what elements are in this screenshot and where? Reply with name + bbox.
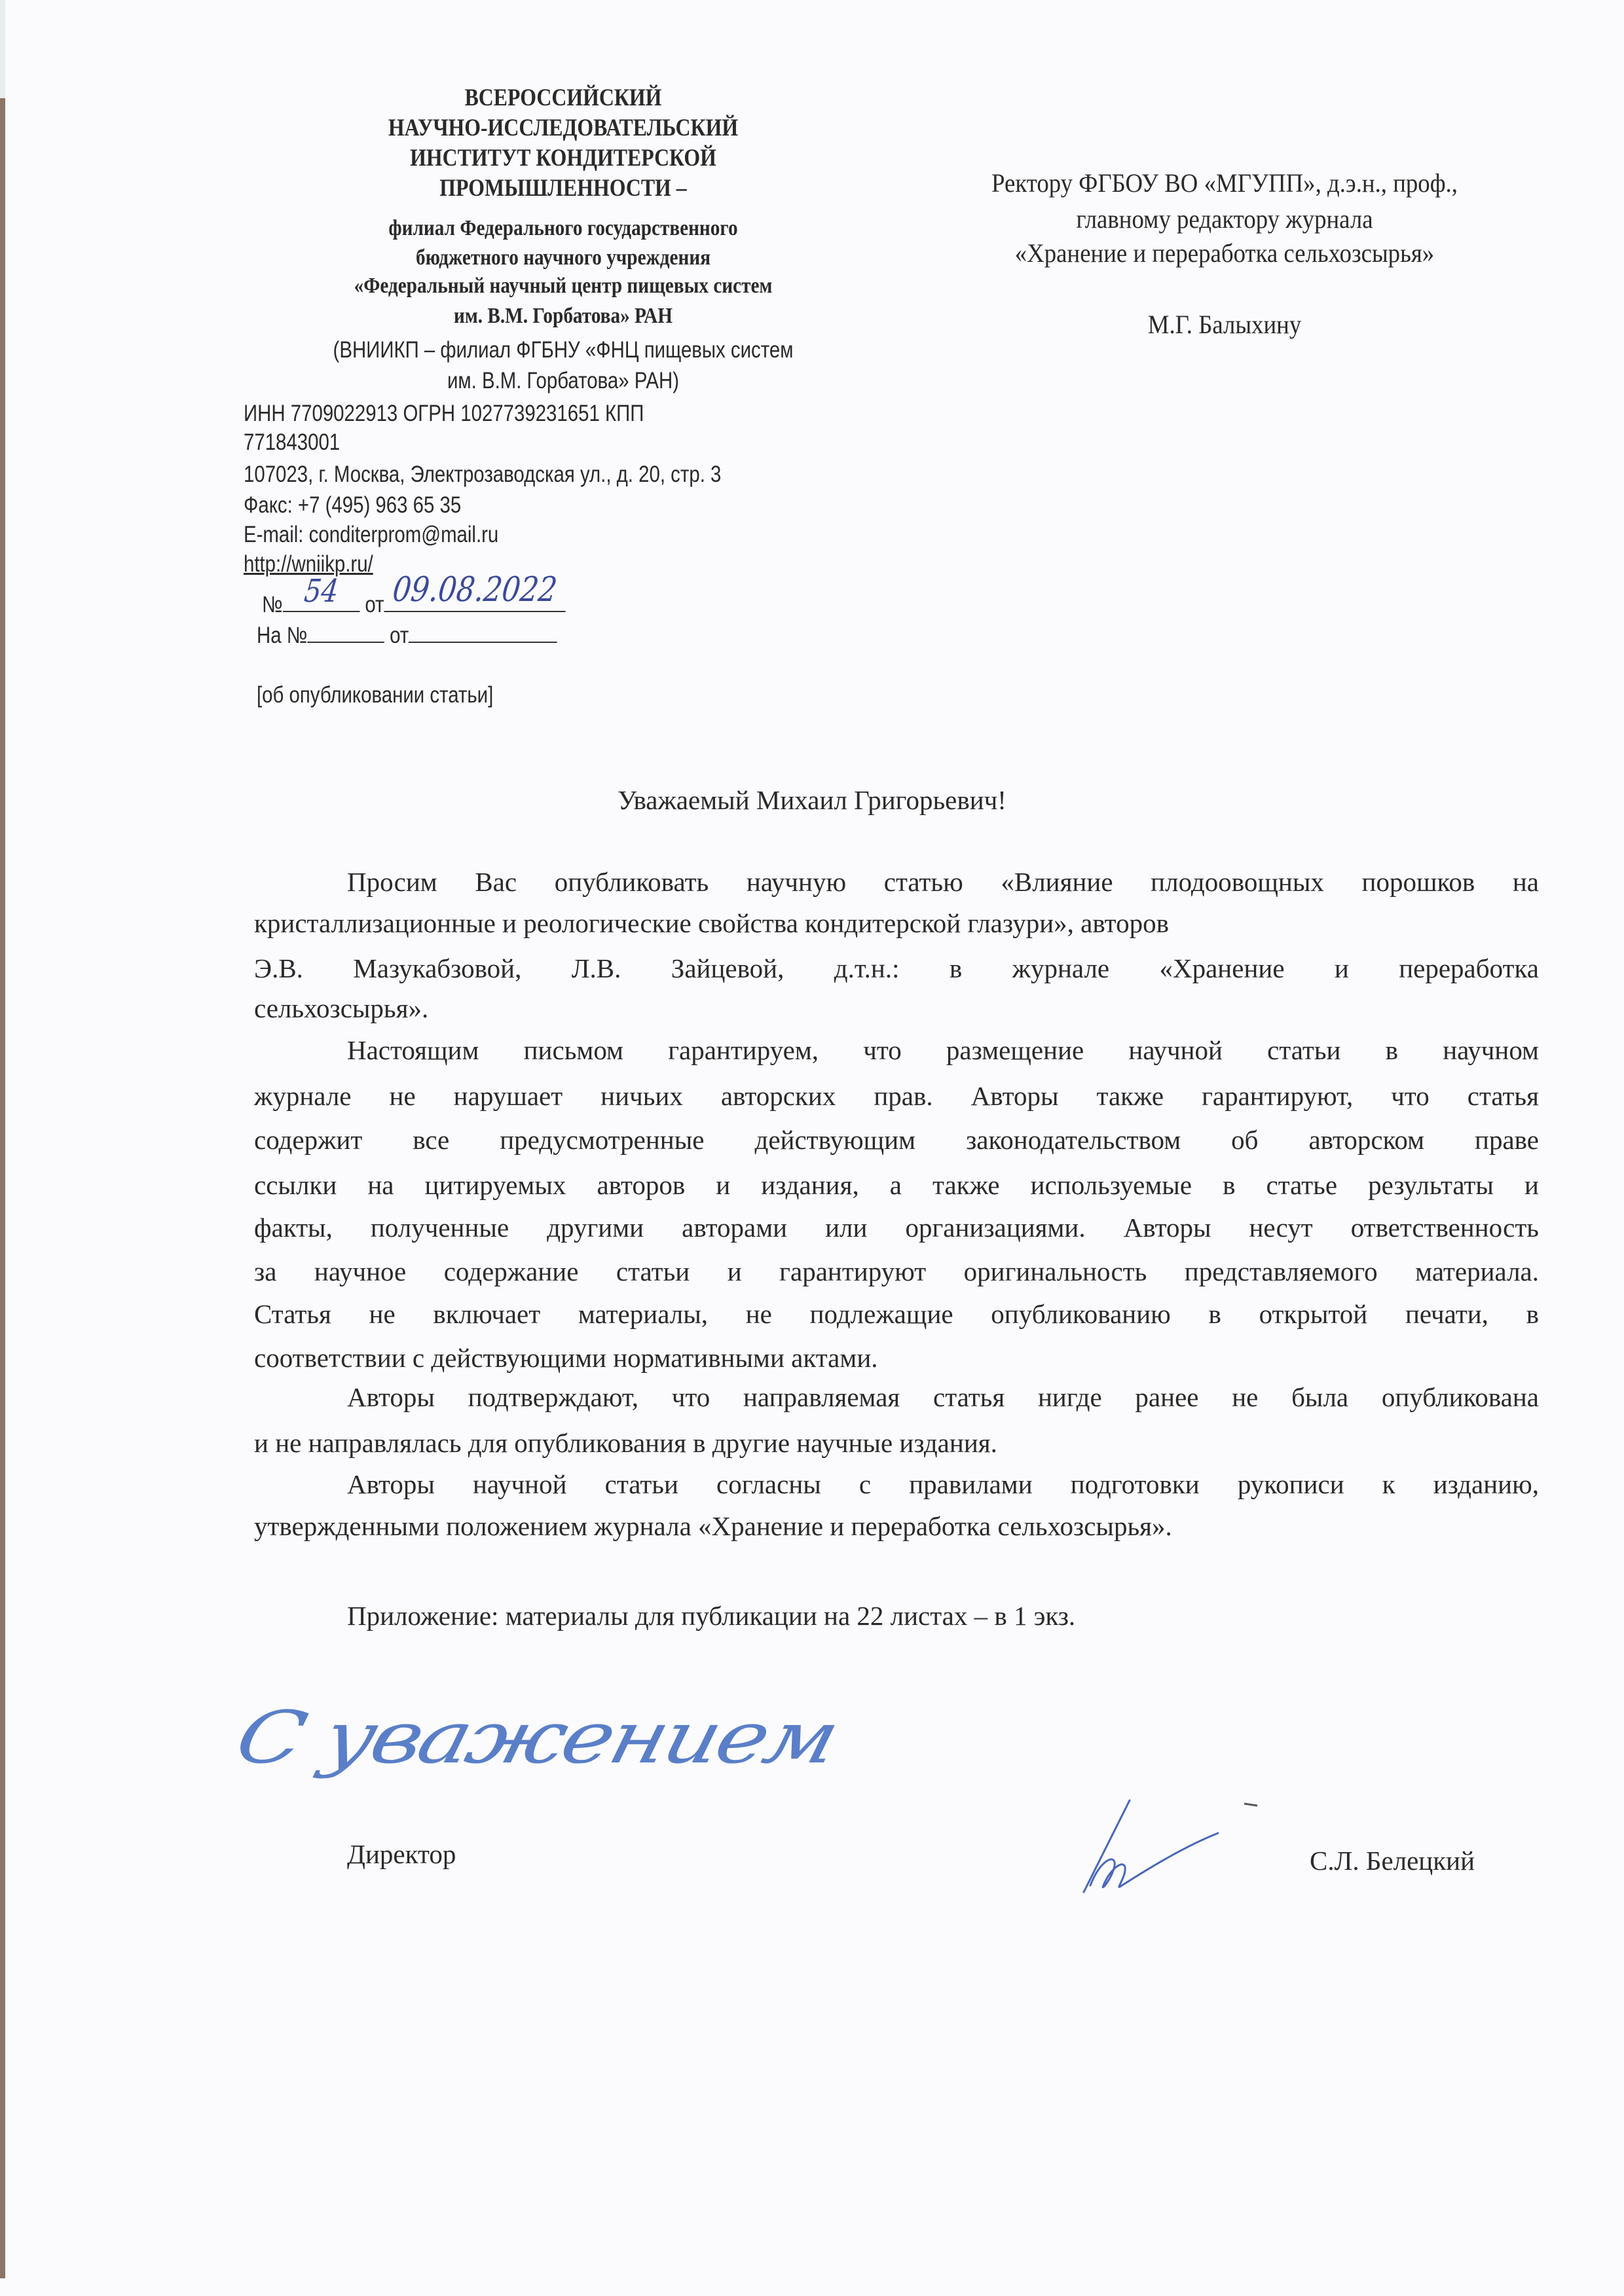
paragraph-line: соответствии с действующими нормативными…	[254, 1342, 1539, 1374]
letter-subject: [об опубликовании статьи]	[257, 682, 493, 708]
signatory-name: С.Л. Белецкий	[1310, 1845, 1475, 1876]
paragraph-line: и не направлялась для опубликования в др…	[254, 1427, 1539, 1459]
number-field: 54	[283, 585, 360, 612]
addressee-line: главному редактору журнала	[893, 204, 1556, 234]
paragraph-line: факты, полученные другими авторами или о…	[254, 1212, 1539, 1243]
outgoing-registration: №54 от09.08.2022	[262, 585, 566, 618]
org-name-line: ВСЕРОССИЙСКИЙ	[282, 84, 845, 112]
handwritten-date: 09.08.2022	[382, 570, 568, 610]
addressee-name: М.Г. Балыхину	[893, 309, 1556, 340]
paragraph-line: утвержденными положением журнала «Хранен…	[254, 1510, 1539, 1542]
paragraph-line: содержит все предусмотренные действующим…	[254, 1124, 1539, 1156]
org-name-line: филиал Федерального государственного	[282, 216, 845, 241]
paragraph-line: Статья не включает материалы, не подлежа…	[254, 1298, 1539, 1330]
org-name-line: «Федеральный научный центр пищевых систе…	[282, 274, 845, 299]
signature-icon	[1054, 1794, 1290, 1899]
paragraph-line: сельхозсырья».	[254, 993, 1539, 1024]
signatory-position: Директор	[347, 1838, 456, 1870]
paragraph-line: Авторы научной статьи согласны с правила…	[347, 1468, 1539, 1500]
org-name-line: ИНСТИТУТ КОНДИТЕРСКОЙ	[282, 144, 845, 172]
handwritten-closing: С уважением	[228, 1696, 845, 1779]
reply-date-label: от	[390, 623, 409, 648]
addressee-line: Ректору ФГБОУ ВО «МГУПП», д.э.н., проф.,	[893, 168, 1556, 198]
paragraph-line: за научное содержание статьи и гарантиру…	[254, 1256, 1539, 1287]
org-name-line: бюджетного научного учреждения	[282, 246, 845, 270]
reply-number-label: На №	[257, 623, 307, 648]
email-address[interactable]: E-mail: conditerprom@mail.ru	[244, 522, 498, 548]
reply-registration: На № от	[257, 618, 557, 649]
paragraph-line: ссылки на цитируемых авторов и издания, …	[254, 1169, 1539, 1201]
date-label: от	[365, 592, 384, 617]
paragraph-line: Просим Вас опубликовать научную статью «…	[347, 866, 1539, 898]
paragraph-line: журнале не нарушает ничьих авторских пра…	[254, 1080, 1539, 1112]
fax-number: Факс: +7 (495) 963 65 35	[244, 492, 461, 519]
paragraph-line: Настоящим письмом гарантируем, что разме…	[347, 1034, 1539, 1066]
org-name-line: ПРОМЫШЛЕННОСТИ –	[282, 174, 845, 202]
requisites-kpp: 771843001	[244, 429, 340, 456]
paragraph-line: Авторы подтверждают, что направляемая ст…	[347, 1381, 1539, 1413]
attachment-note: Приложение: материалы для публикации на …	[347, 1600, 1539, 1631]
date-field: 09.08.2022	[384, 585, 565, 612]
handwritten-number: 54	[280, 573, 361, 610]
reply-number-field	[307, 618, 384, 643]
scan-edge-strip	[0, 98, 5, 2278]
short-name-line: им. В.М. Горбатова» РАН)	[288, 368, 838, 394]
greeting: Уважаемый Михаил Григорьевич!	[0, 784, 1624, 816]
paragraph-line: кристаллизационные и реологические свойс…	[254, 907, 1539, 939]
org-name-line: им. В.М. Горбатова» РАН	[282, 304, 845, 329]
scan-edge-top	[0, 0, 5, 98]
reply-date-field	[409, 618, 557, 643]
number-label: №	[262, 592, 283, 617]
requisites: ИНН 7709022913 ОГРН 1027739231651 КПП	[244, 401, 644, 427]
paragraph-line: Э.В. Мазукабзовой, Л.В. Зайцевой, д.т.н.…	[254, 953, 1539, 984]
addressee-line: «Хранение и переработка сельхозсырья»	[893, 238, 1556, 268]
short-name-line: (ВНИИКП – филиал ФГБНУ «ФНЦ пищевых сист…	[288, 337, 838, 363]
postal-address: 107023, г. Москва, Электрозаводская ул.,…	[244, 462, 721, 488]
org-name-line: НАУЧНО-ИССЛЕДОВАТЕЛЬСКИЙ	[282, 114, 845, 142]
